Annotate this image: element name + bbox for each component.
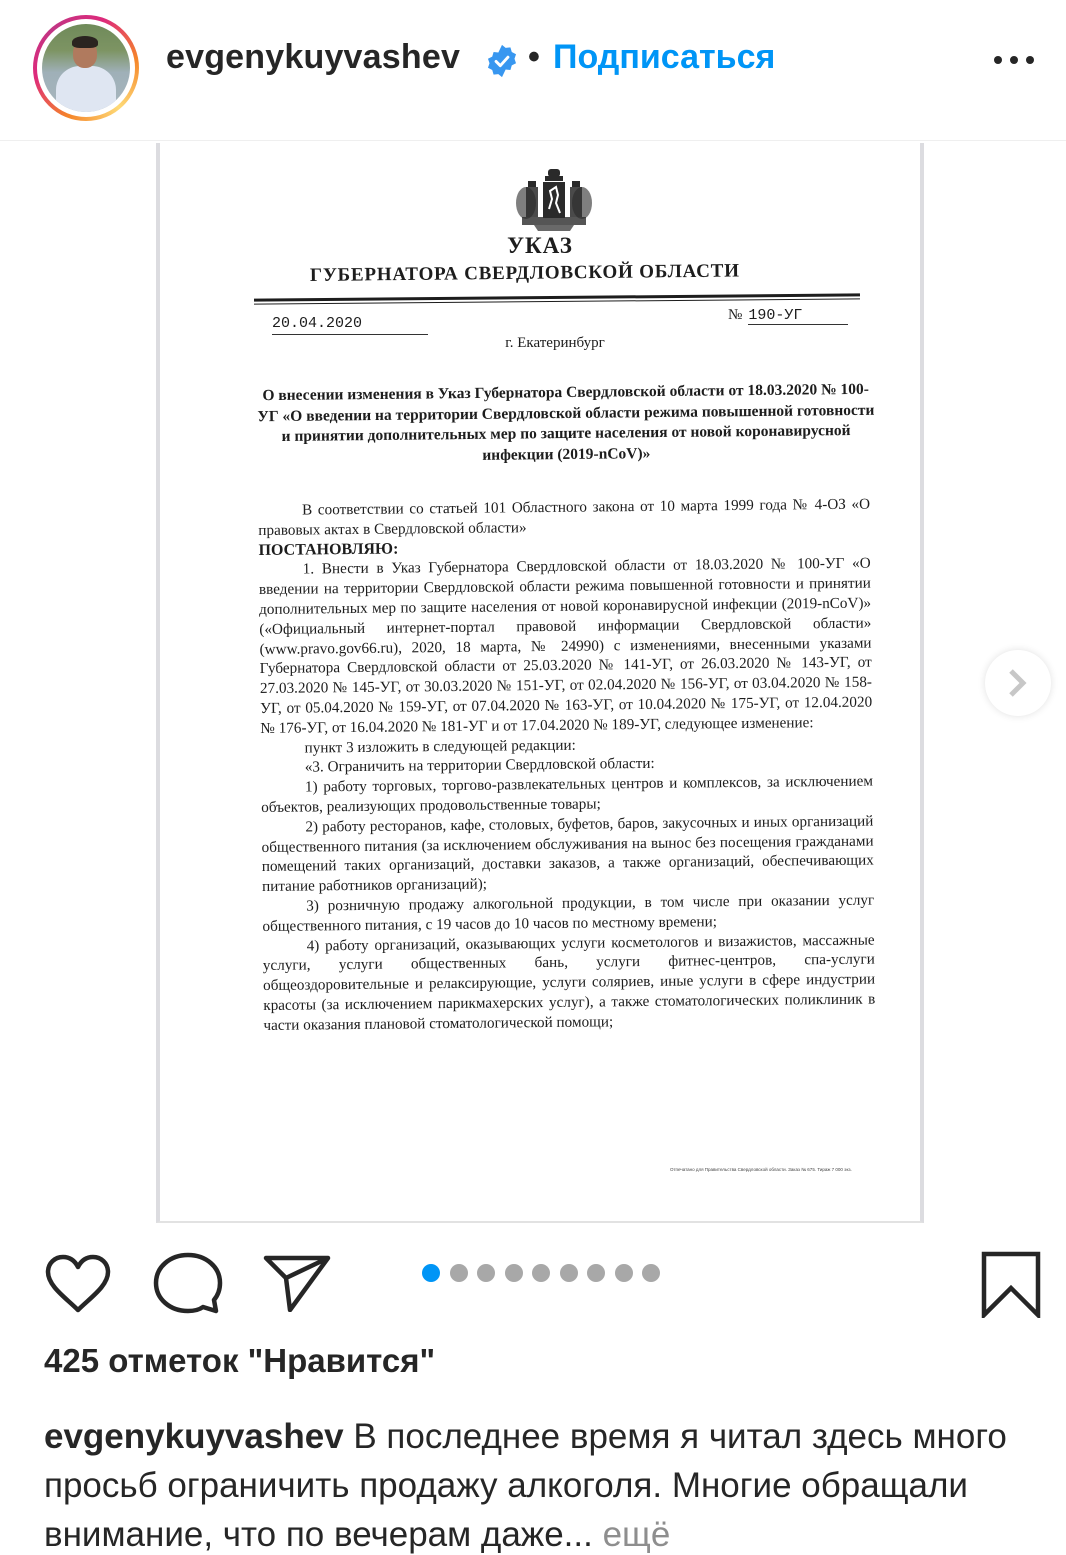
paper-plane-icon[interactable]: [262, 1254, 332, 1312]
post-caption: evgenykuyvashev В последнее время я чита…: [44, 1412, 1034, 1555]
paragraph: 1. Внести в Указ Губернатора Свердловско…: [259, 554, 873, 739]
caption-username[interactable]: evgenykuyvashev: [44, 1417, 344, 1456]
paragraph: 1) работу торговых, торгово-развлекатель…: [261, 772, 873, 818]
paragraph: 3) розничную продажу алкогольной продукц…: [262, 891, 874, 937]
carousel-dot: [587, 1264, 605, 1282]
carousel-dot: [560, 1264, 578, 1282]
follow-button[interactable]: Подписаться: [553, 38, 775, 77]
document-subject: О внесении изменения в Указ Губернатора …: [256, 380, 877, 468]
caption-more-link[interactable]: ещё: [593, 1515, 670, 1554]
carousel-dot: [505, 1264, 523, 1282]
carousel-dot: [615, 1264, 633, 1282]
document-city: г. Екатеринбург: [160, 335, 920, 352]
document-number: №190-УГ: [728, 307, 848, 325]
avatar[interactable]: [42, 24, 130, 112]
document-title: УКАЗ: [160, 233, 920, 259]
story-ring[interactable]: [33, 15, 139, 121]
document-body: В соответствии со статьей 101 Областного…: [258, 495, 876, 1036]
comment-icon[interactable]: [153, 1252, 223, 1318]
carousel-dot: [532, 1264, 550, 1282]
chevron-right-icon: [1007, 668, 1029, 698]
document-subtitle: ГУБЕРНАТОРА СВЕРДЛОВСКОЙ ОБЛАСТИ: [310, 261, 740, 287]
heart-icon[interactable]: [44, 1254, 112, 1314]
carousel-dot: [450, 1264, 468, 1282]
document-date: 20.04.2020: [272, 315, 428, 335]
post-image[interactable]: УКАЗ ГУБЕРНАТОРА СВЕРДЛОВСКОЙ ОБЛАСТИ 20…: [156, 143, 924, 1223]
carousel-dot-active: [422, 1264, 440, 1282]
preamble: В соответствии со статьей 101 Областного…: [258, 495, 870, 541]
carousel-dot: [642, 1264, 660, 1282]
paragraph: 4) работу организаций, оказывающих услуг…: [263, 930, 876, 1035]
verified-badge-icon: [485, 44, 519, 78]
print-note: Отпечатано для Правительства Свердловско…: [670, 1167, 852, 1172]
separator-dot: •: [528, 38, 540, 77]
carousel-indicator: [422, 1264, 660, 1282]
carousel-dot: [477, 1264, 495, 1282]
more-options-icon[interactable]: [992, 40, 1036, 80]
decree-document: УКАЗ ГУБЕРНАТОРА СВЕРДЛОВСКОЙ ОБЛАСТИ 20…: [160, 143, 920, 1221]
bookmark-icon[interactable]: [980, 1250, 1042, 1318]
paragraph: 2) работу ресторанов, кафе, столовых, бу…: [261, 811, 874, 897]
sverdlovsk-coat-of-arms-icon: [512, 169, 596, 231]
carousel-next-button[interactable]: [985, 650, 1051, 716]
username-link[interactable]: evgenykuyvashev: [166, 38, 460, 77]
likes-count[interactable]: 425 отметок "Нравится": [44, 1342, 435, 1380]
post-header: evgenykuyvashev • Подписаться: [0, 0, 1066, 141]
